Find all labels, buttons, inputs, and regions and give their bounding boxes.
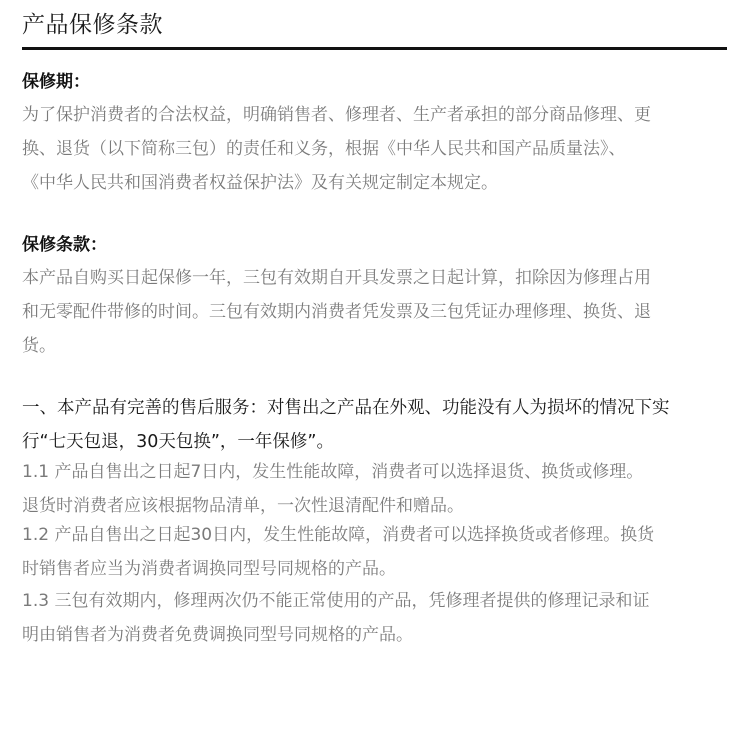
text-line: 时销售者应当为消费者调换同型号同规格的产品。 bbox=[22, 552, 728, 586]
page-title: 产品保修条款 bbox=[22, 10, 163, 40]
section-heading-warranty-period: 保修期： bbox=[22, 70, 90, 94]
service-item-1-1: 1.1 产品自售出之日起7日内，发生性能故障，消费者可以选择退货、换货或修理。 … bbox=[22, 455, 728, 523]
text-line: 1.1 产品自售出之日起7日内，发生性能故障，消费者可以选择退货、换货或修理。 bbox=[22, 455, 728, 489]
section-heading-warranty-terms: 保修条款： bbox=[22, 233, 107, 257]
text-line: 换、退货（以下简称三包）的责任和义务，根据《中华人民共和国产品质量法》、 bbox=[22, 132, 728, 166]
section-body-warranty-period: 为了保护消费者的合法权益，明确销售者、修理者、生产者承担的部分商品修理、更 换、… bbox=[22, 98, 728, 200]
text-line: 货。 bbox=[22, 329, 728, 363]
text-line: 和无零配件带修的时间。三包有效期内消费者凭发票及三包凭证办理修理、换货、退 bbox=[22, 295, 728, 329]
text-line: 一、本产品有完善的售后服务：对售出之产品在外观、功能没有人为损坏的情况下实 bbox=[22, 391, 728, 425]
text-line: 行“七天包退，30天包换”，一年保修”。 bbox=[22, 425, 728, 459]
section-body-warranty-terms: 本产品自购买日起保修一年，三包有效期自开具发票之日起计算，扣除因为修理占用 和无… bbox=[22, 261, 728, 363]
text-line: 《中华人民共和国消费者权益保护法》及有关规定制定本规定。 bbox=[22, 166, 728, 200]
text-line: 1.3 三包有效期内，修理两次仍不能正常使用的产品，凭修理者提供的修理记录和证 bbox=[22, 584, 728, 618]
text-line: 本产品自购买日起保修一年，三包有效期自开具发票之日起计算，扣除因为修理占用 bbox=[22, 261, 728, 295]
title-divider bbox=[22, 47, 727, 50]
service-clause: 一、本产品有完善的售后服务：对售出之产品在外观、功能没有人为损坏的情况下实 行“… bbox=[22, 391, 728, 459]
text-line: 1.2 产品自售出之日起30日内，发生性能故障，消费者可以选择换货或者修理。换货 bbox=[22, 518, 728, 552]
text-line: 为了保护消费者的合法权益，明确销售者、修理者、生产者承担的部分商品修理、更 bbox=[22, 98, 728, 132]
service-item-1-3: 1.3 三包有效期内，修理两次仍不能正常使用的产品，凭修理者提供的修理记录和证 … bbox=[22, 584, 728, 652]
text-line: 明由销售者为消费者免费调换同型号同规格的产品。 bbox=[22, 618, 728, 652]
service-item-1-2: 1.2 产品自售出之日起30日内，发生性能故障，消费者可以选择换货或者修理。换货… bbox=[22, 518, 728, 586]
